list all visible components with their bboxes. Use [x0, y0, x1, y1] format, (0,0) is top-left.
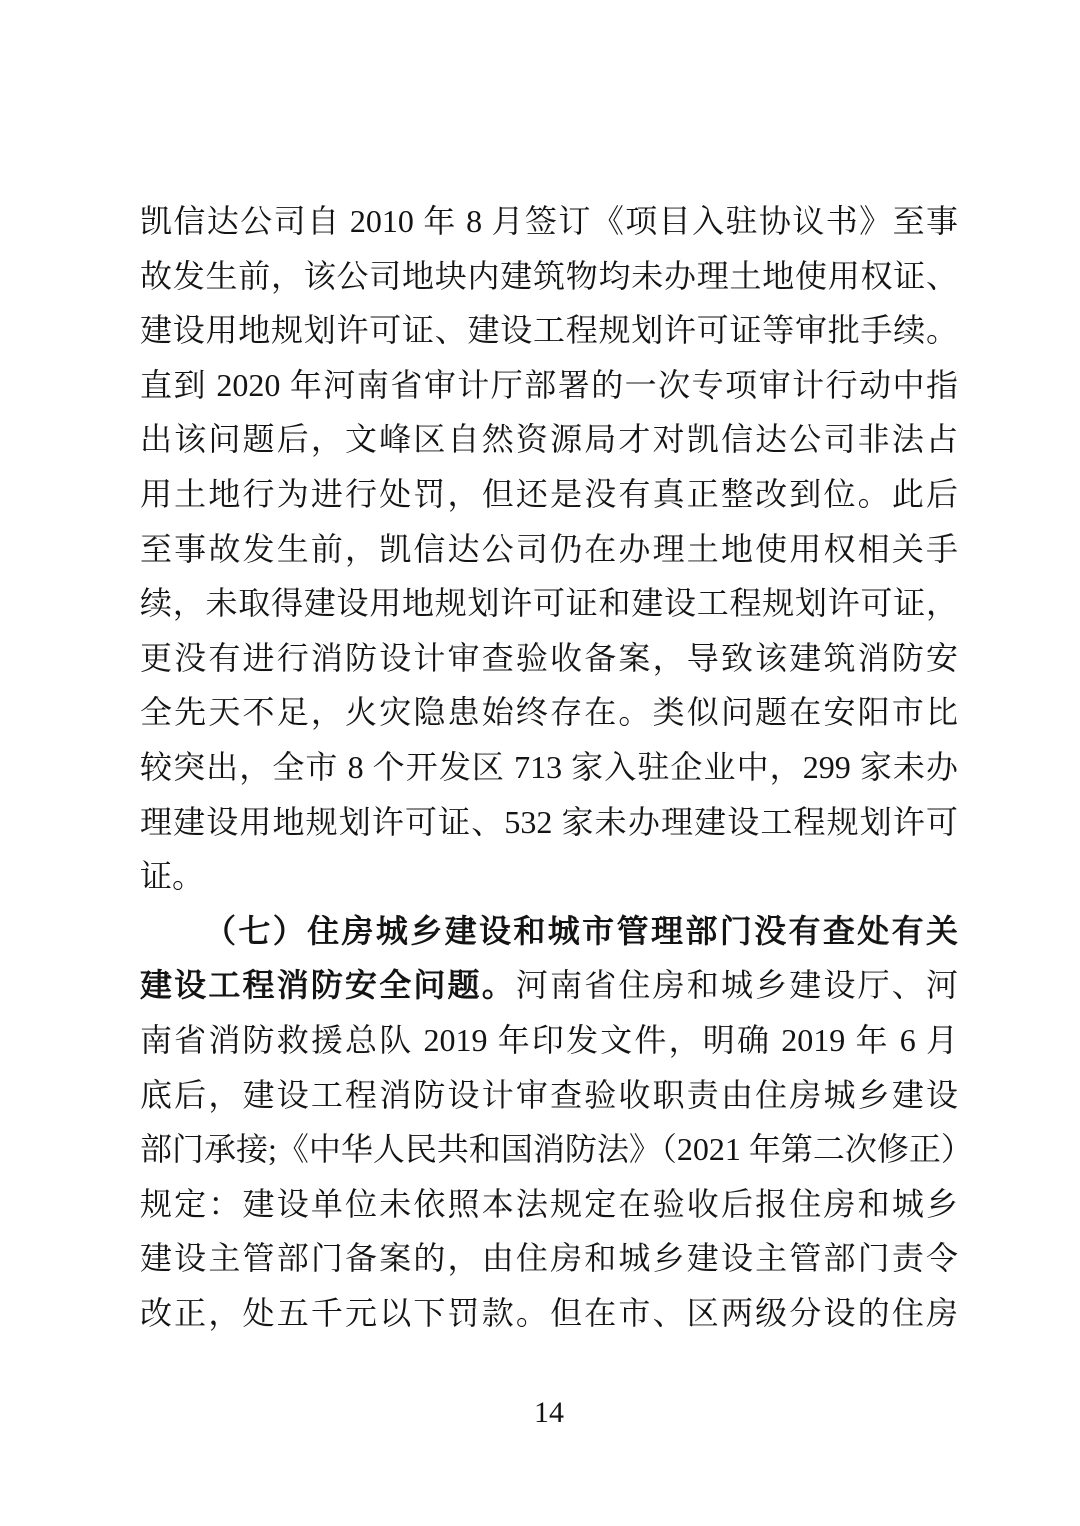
- text-line: 凯信达公司自 2010 年 8 月签订《项目入驻协议书》至事: [140, 194, 958, 249]
- text-line: 用土地行为进行处罚，但还是没有真正整改到位。此后: [140, 467, 958, 522]
- text-line: 部门承接;《中华人民共和国消防法》（2021 年第二次修正）: [140, 1122, 958, 1177]
- paragraph-continuation: 凯信达公司自 2010 年 8 月签订《项目入驻协议书》至事 故发生前，该公司地…: [140, 194, 958, 904]
- text-line: 建设用地规划许可证、建设工程规划许可证等审批手续。: [140, 303, 958, 358]
- document-body: 凯信达公司自 2010 年 8 月签订《项目入驻协议书》至事 故发生前，该公司地…: [140, 194, 958, 1340]
- text-line: 至事故发生前，凯信达公司仍在办理土地使用权相关手: [140, 522, 958, 577]
- text-line: 南省消防救援总队 2019 年印发文件，明确 2019 年 6 月: [140, 1013, 958, 1068]
- text-line: 更没有进行消防设计审查验收备案，导致该建筑消防安: [140, 631, 958, 686]
- text-line: 出该问题后，文峰区自然资源局才对凯信达公司非法占: [140, 412, 958, 467]
- section-heading-tail: 建设工程消防安全问题。: [140, 967, 516, 1003]
- paragraph-section-7: （七）住房城乡建设和城市管理部门没有查处有关 建设工程消防安全问题。河南省住房和…: [140, 904, 958, 1341]
- document-page: 凯信达公司自 2010 年 8 月签订《项目入驻协议书》至事 故发生前，该公司地…: [0, 0, 1080, 1526]
- text-line: 底后，建设工程消防设计审查验收职责由住房城乡建设: [140, 1068, 958, 1123]
- text-line: 全先天不足，火灾隐患始终存在。类似问题在安阳市比: [140, 685, 958, 740]
- section-heading-line: （七）住房城乡建设和城市管理部门没有查处有关: [140, 904, 958, 959]
- text-line: 直到 2020 年河南省审计厅部署的一次专项审计行动中指: [140, 358, 958, 413]
- page-number: 14: [140, 1393, 958, 1433]
- text-line: 证。: [140, 849, 958, 904]
- text-line: 规定：建设单位未依照本法规定在验收后报住房和城乡: [140, 1177, 958, 1232]
- text-line-mixed: 建设工程消防安全问题。河南省住房和城乡建设厅、河: [140, 958, 958, 1013]
- text-line: 故发生前，该公司地块内建筑物均未办理土地使用权证、: [140, 249, 958, 304]
- text-line: 续，未取得建设用地规划许可证和建设工程规划许可证，: [140, 576, 958, 631]
- text-line: 较突出，全市 8 个开发区 713 家入驻企业中，299 家未办: [140, 740, 958, 795]
- text-line: 理建设用地规划许可证、532 家未办理建设工程规划许可: [140, 795, 958, 850]
- text-line: 建设主管部门备案的，由住房和城乡建设主管部门责令: [140, 1231, 958, 1286]
- body-text-run: 河南省住房和城乡建设厅、河: [516, 967, 958, 1003]
- text-line: 改正，处五千元以下罚款。但在市、区两级分设的住房: [140, 1286, 958, 1341]
